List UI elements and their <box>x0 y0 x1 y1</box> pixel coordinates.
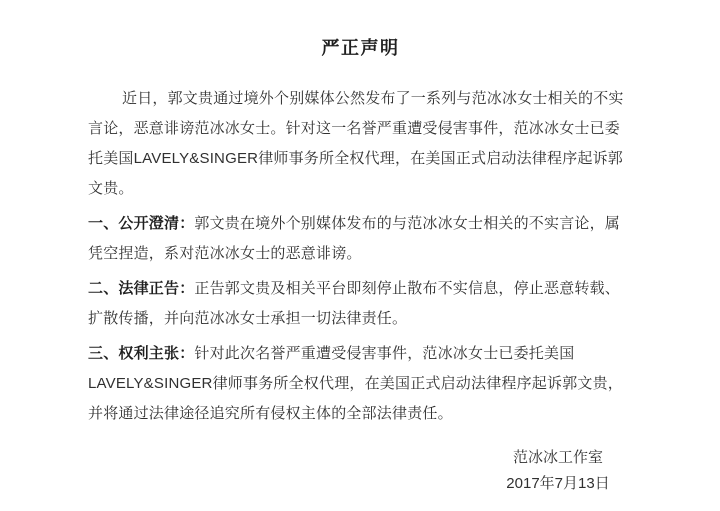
section-paragraph-3: 三、权利主张：针对此次名誉严重遭受侵害事件，范冰冰女士已委托美国LAVELY&S… <box>88 339 633 429</box>
section-paragraph-2: 二、法律正告：正告郭文贵及相关平台即刻停止散布不实信息，停止恶意转载、扩散传播，… <box>88 274 633 334</box>
signature-name: 范冰冰工作室 <box>483 445 633 471</box>
section-2-heading: 二、法律正告： <box>88 280 194 297</box>
section-paragraph-1: 一、公开澄清：郭文贵在境外个别媒体发布的与范冰冰女士相关的不实言论，属凭空捏造，… <box>88 209 633 269</box>
section-3-heading: 三、权利主张： <box>88 345 194 362</box>
intro-paragraph: 近日，郭文贵通过境外个别媒体公然发布了一系列与范冰冰女士相关的不实言论，恶意诽谤… <box>88 84 633 204</box>
section-1-heading: 一、公开澄清： <box>88 215 194 232</box>
signature-date: 2017年7月13日 <box>483 471 633 497</box>
signature-block: 范冰冰工作室 2017年7月13日 <box>483 445 633 497</box>
statement-document-page: 严正声明 近日，郭文贵通过境外个别媒体公然发布了一系列与范冰冰女士相关的不实言论… <box>0 0 720 511</box>
document-content: 严正声明 近日，郭文贵通过境外个别媒体公然发布了一系列与范冰冰女士相关的不实言论… <box>0 0 720 497</box>
statement-title: 严正声明 <box>88 36 633 60</box>
